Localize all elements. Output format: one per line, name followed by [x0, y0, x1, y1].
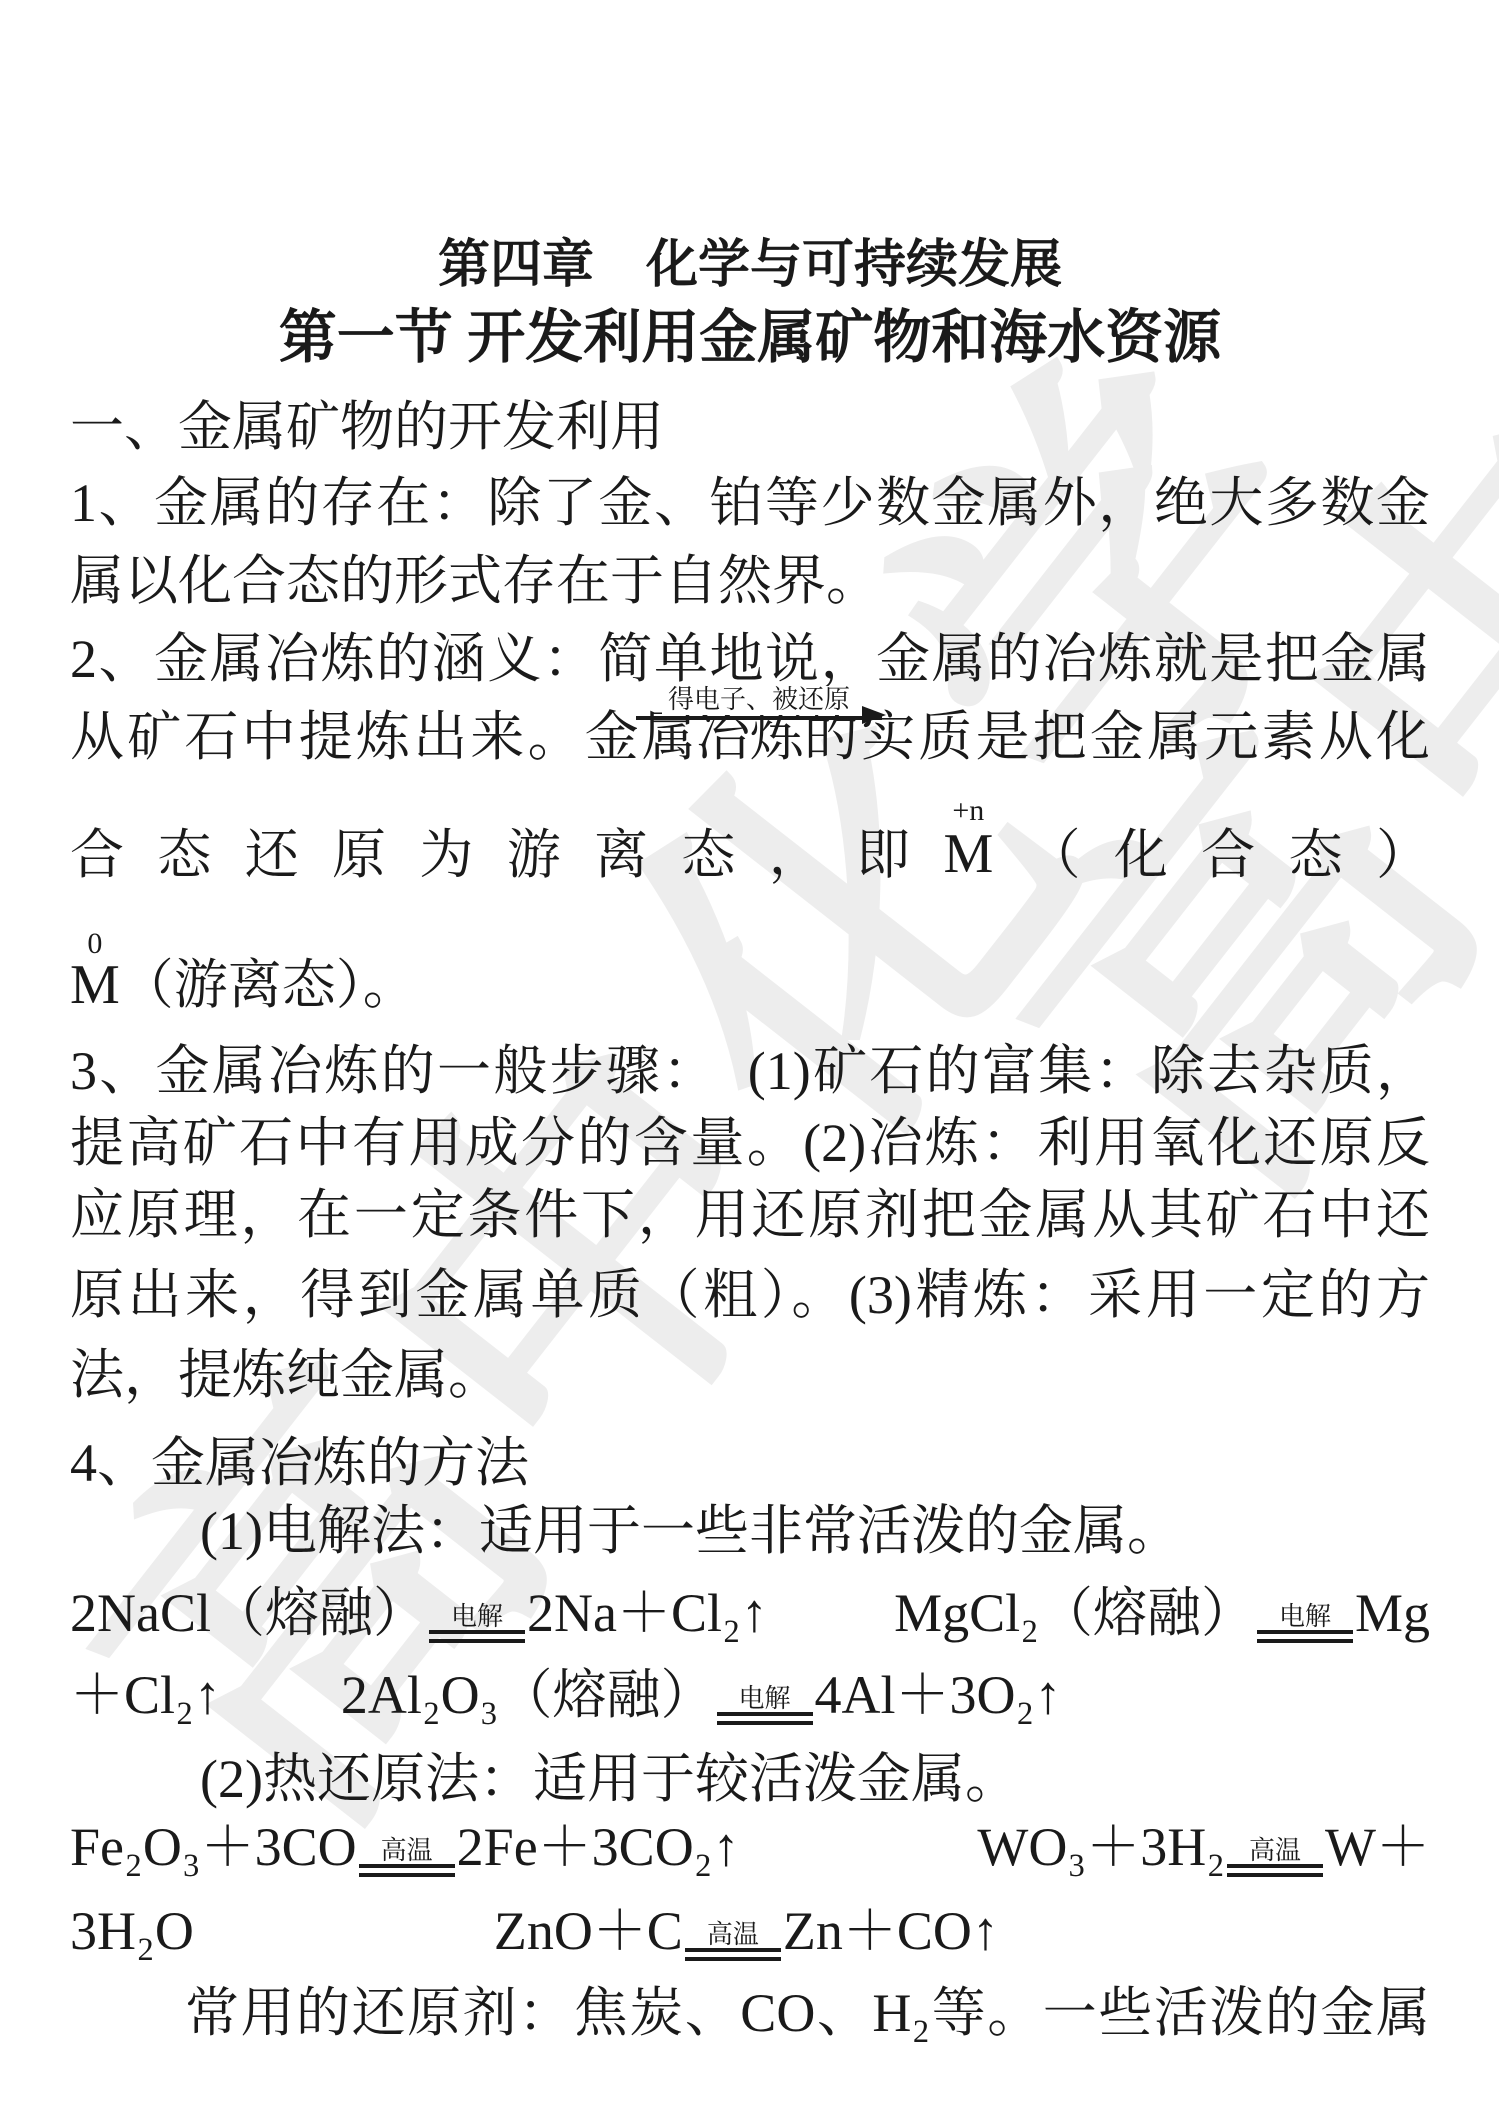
spread-char: 为	[419, 828, 473, 882]
equation-mgcl2: MgCl₂（熔融）电解Mg	[894, 1578, 1430, 1648]
nacl-lhs: 2NaCl（熔融）	[70, 1583, 427, 1643]
m-free-symbol: M	[70, 959, 120, 1012]
chapter-title: 第四章 化学与可持续发展	[70, 232, 1430, 300]
spread-char: 合	[70, 828, 124, 882]
point3-line4: 原出来，得到金属单质（粗）。(3)精炼：采用一定的方	[70, 1260, 1430, 1330]
spread-char: 态	[681, 828, 735, 882]
right-arrow-icon	[636, 716, 882, 720]
spread-char: 离	[594, 828, 648, 882]
high-temp-condition-sign: 高温	[685, 1921, 781, 1961]
zno-lhs: ZnO＋C	[494, 1901, 683, 1961]
equation-wo3: WO₃＋3H₂高温W＋	[977, 1812, 1430, 1882]
spread-char: 游	[507, 828, 561, 882]
condition-label: 电解	[1279, 1603, 1331, 1630]
double-line-icon	[685, 1948, 781, 1961]
spread-char: 态	[1289, 828, 1343, 882]
point3-line5: 法，提炼纯金属。	[70, 1340, 1430, 1410]
point1-line1: 1、金属的存在：除了金、铂等少数金属外，绝大多数金	[70, 468, 1430, 538]
high-temp-condition-sign: 高温	[359, 1837, 455, 1877]
reduction-annotation-label: 得电子、被还原	[662, 686, 856, 715]
point1-line2: 属以化合态的形式存在于自然界。	[70, 546, 1430, 616]
electrolysis-condition-sign: 电解	[717, 1685, 813, 1725]
condition-label: 高温	[1249, 1837, 1301, 1864]
point3-line3: 应原理，在一定条件下，用还原剂把金属从其矿石中还	[70, 1180, 1430, 1250]
al2o3-lhs: 2Al₂O₃（熔融）	[341, 1665, 715, 1725]
fe2o3-lhs: Fe₂O₃＋3CO	[70, 1817, 357, 1877]
zno-rhs: Zn＋CO↑	[783, 1901, 999, 1961]
electrolysis-condition-sign: 电解	[1257, 1603, 1353, 1643]
mgcl2-rhs-part1: Mg	[1355, 1583, 1430, 1643]
thermal-reduction-method: (2)热还原法：适用于较活泼金属。	[70, 1744, 1430, 1814]
equation-fe2o3: Fe₂O₃＋3CO高温2Fe＋3CO₂↑	[70, 1812, 740, 1882]
point2-line2: 从矿石中提炼出来。金属冶炼的得电子、被还原实质是把金属元素从化	[70, 702, 1430, 772]
spread-char: ，	[769, 828, 823, 882]
equation-line-al2o3: ＋Cl₂↑2Al₂O₃（熔融）电解4Al＋3O₂↑	[70, 1660, 1430, 1730]
spread-char: 化	[1114, 828, 1168, 882]
al2o3-rhs: 4Al＋3O₂↑	[815, 1665, 1062, 1725]
equation-line-zno: 3H₂OZnO＋C高温Zn＋CO↑	[70, 1896, 1430, 1966]
wo3-lhs: WO₃＋3H₂	[977, 1817, 1225, 1877]
point2-line1: 2、金属冶炼的涵义：简单地说，金属的冶炼就是把金属	[70, 624, 1430, 694]
equation-nacl: 2NaCl（熔融）电解2Na＋Cl₂↑	[70, 1578, 768, 1648]
spread-char: ）	[1376, 828, 1430, 882]
spread-char: （	[1027, 828, 1081, 882]
electrolysis-method: (1)电解法：适用于一些非常活泼的金属。	[70, 1496, 1430, 1566]
reducing-agents-line: 常用的还原剂：焦炭、CO、H₂等。一些活泼的金属	[70, 1978, 1430, 2048]
point3-line1: 3、金属冶炼的一般步骤： (1)矿石的富集：除去杂质，	[70, 1036, 1430, 1106]
m-free-stack: 0M	[70, 929, 120, 1012]
nacl-rhs: 2Na＋Cl₂↑	[527, 1583, 768, 1643]
wo3-rhs-part1: W＋	[1325, 1817, 1430, 1877]
mgcl2-lhs: MgCl₂（熔融）	[894, 1583, 1255, 1643]
double-line-icon	[717, 1712, 813, 1725]
spread-char: 原	[332, 828, 386, 882]
condition-label: 电解	[739, 1685, 791, 1712]
m-combined-stack: +nM	[943, 796, 993, 882]
high-temp-condition-sign: 高温	[1227, 1837, 1323, 1877]
condition-label: 高温	[381, 1837, 433, 1864]
wo3-rhs-part2: 3H₂O	[70, 1901, 194, 1961]
section-title: 第一节 开发利用金属矿物和海水资源	[70, 300, 1430, 375]
heading-metal-minerals: 一、金属矿物的开发利用	[70, 392, 1430, 462]
free-state-line: 0M （游离态）。	[70, 922, 1430, 1012]
m-combined-charge: +n	[952, 796, 984, 826]
spread-char: 合	[1201, 828, 1255, 882]
m-combined-symbol: M	[943, 826, 993, 882]
reduction-annotation: 得电子、被还原	[636, 686, 882, 720]
point4-heading: 4、金属冶炼的方法	[70, 1428, 1430, 1498]
spread-line-combined-state: 合 态 还 原 为 游 离 态 ， 即 +nM （ 化 合 态 ）	[70, 792, 1430, 882]
double-line-icon	[1227, 1864, 1323, 1877]
double-line-icon	[429, 1630, 525, 1643]
condition-label: 电解	[451, 1603, 503, 1630]
equation-line-nacl-mgcl2: 2NaCl（熔融）电解2Na＋Cl₂↑ MgCl₂（熔融）电解Mg	[70, 1578, 1430, 1648]
equation-line-fe2o3-wo3: Fe₂O₃＋3CO高温2Fe＋3CO₂↑ WO₃＋3H₂高温W＋	[70, 1812, 1430, 1882]
double-line-icon	[359, 1864, 455, 1877]
spread-char: 态	[157, 828, 211, 882]
electrolysis-condition-sign: 电解	[429, 1603, 525, 1643]
fe2o3-rhs: 2Fe＋3CO₂↑	[457, 1817, 740, 1877]
point2-line2-post: 实质是把金属元素从化	[858, 707, 1430, 767]
point3-line2: 提高矿石中有用成分的含量。(2)冶炼：利用氧化还原反	[70, 1108, 1430, 1178]
spread-char: 还	[245, 828, 299, 882]
free-state-text: （游离态）。	[120, 958, 417, 1012]
point2-annotated-text: 属冶炼的得电子、被还原	[642, 702, 858, 772]
condition-label: 高温	[707, 1921, 759, 1948]
mgcl2-rhs-part2: ＋Cl₂↑	[70, 1665, 221, 1725]
spread-char: 即	[856, 828, 910, 882]
point2-line2-pre: 从矿石中提炼出来。金	[70, 707, 642, 767]
double-line-icon	[1257, 1630, 1353, 1643]
